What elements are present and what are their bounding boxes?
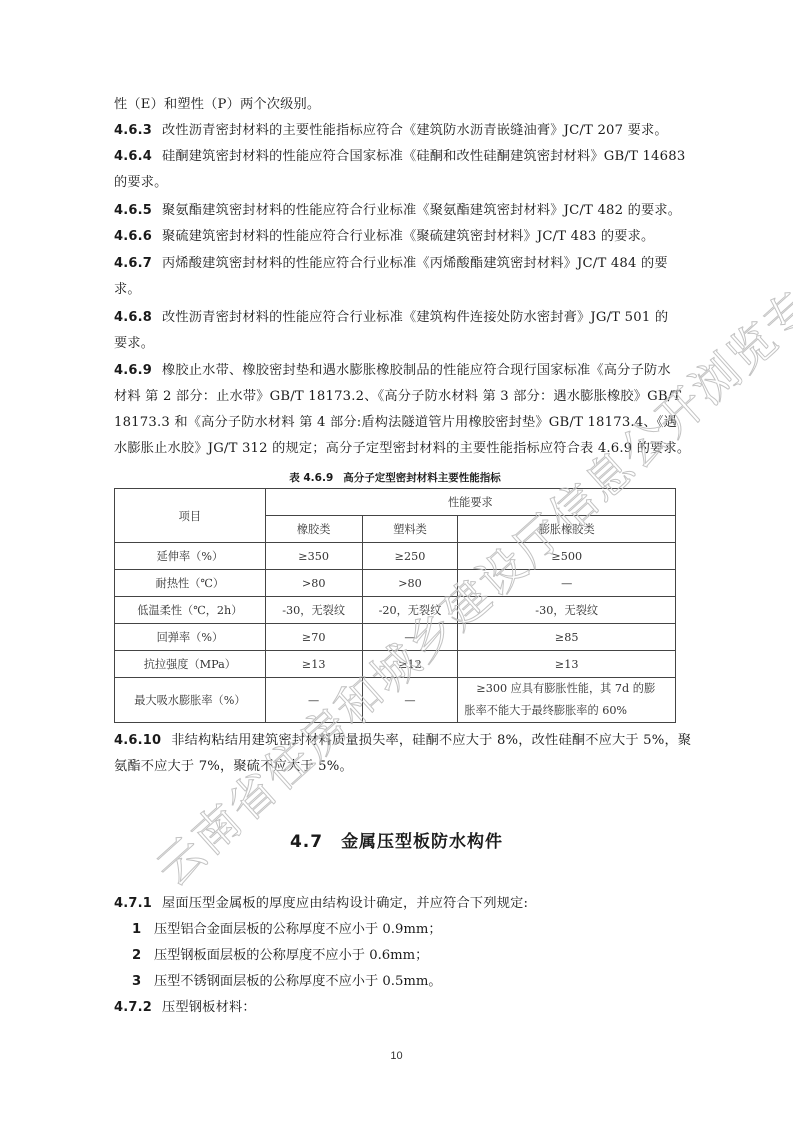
clause-text: 水膨胀止水胶》JG/T 312 的规定；高分子定型密封材料的主要性能指标应符合表… [114, 436, 694, 462]
clause-text: 求。 [114, 277, 694, 303]
list-item-text: 压型不锈钢面层板的公称厚度不应小于 0.5mm。 [154, 974, 442, 989]
cell: >80 [362, 570, 458, 597]
page-number: 10 [0, 1050, 793, 1062]
cell: ≥350 [265, 543, 362, 570]
clause-number: 4.7.2 [114, 1000, 152, 1015]
clause-4-6-5: 4.6.5聚氨酯建筑密封材料的性能应符合行业标准《聚氨酯建筑密封材料》JC/T … [114, 198, 694, 224]
clause-text: 丙烯酸建筑密封材料的性能应符合行业标准《丙烯酸酯建筑密封材料》JC/T 484 … [162, 256, 668, 271]
clause-4-6-6: 4.6.6聚硫建筑密封材料的性能应符合行业标准《聚硫建筑密封材料》JC/T 48… [114, 224, 694, 250]
clause-text: 要求。 [114, 331, 694, 357]
clause-text: 橡胶止水带、橡胶密封垫和遇水膨胀橡胶制品的性能应符合现行国家标准《高分子防水 [162, 363, 671, 378]
row-item: 回弹率（%） [115, 624, 266, 651]
table-title: 高分子定型密封材料主要性能指标 [343, 472, 501, 484]
cell: -30，无裂纹 [458, 597, 676, 624]
clause-text: 聚氨酯建筑密封材料的性能应符合行业标准《聚氨酯建筑密封材料》JC/T 482 的… [162, 203, 681, 218]
list-item: 3压型不锈钢面层板的公称厚度不应小于 0.5mm。 [132, 969, 442, 995]
cell: ≥13 [458, 651, 676, 678]
clause-number: 4.6.5 [114, 203, 152, 218]
table-number: 表 4.6.9 [289, 472, 333, 484]
table-header-row: 项目 性能要求 [115, 489, 676, 516]
clause-text: 压型钢板材料： [162, 1000, 256, 1015]
clause-number: 4.6.8 [114, 310, 152, 325]
clause-number: 4.6.7 [114, 256, 152, 271]
table-row: 耐热性（℃） >80 >80 — [115, 570, 676, 597]
table-row: 回弹率（%） ≥70 — ≥85 [115, 624, 676, 651]
clause-4-6-7: 4.6.7丙烯酸建筑密封材料的性能应符合行业标准《丙烯酸酯建筑密封材料》JC/T… [114, 251, 694, 303]
table-row: 低温柔性（℃，2h） -30，无裂纹 -20，无裂纹 -30，无裂纹 [115, 597, 676, 624]
clause-number: 4.6.9 [114, 363, 152, 378]
performance-table: 项目 性能要求 橡胶类 塑料类 膨胀橡胶类 延伸率（%） ≥350 ≥250 ≥… [114, 488, 676, 723]
table-row: 延伸率（%） ≥350 ≥250 ≥500 [115, 543, 676, 570]
list-item-text: 压型铝合金面层板的公称厚度不应小于 0.9mm； [154, 922, 442, 937]
cell: — [362, 678, 458, 723]
row-item: 低温柔性（℃，2h） [115, 597, 266, 624]
list-item-number: 3 [132, 969, 154, 995]
section-number: 4.7 [290, 832, 323, 852]
cell: ≥13 [265, 651, 362, 678]
clause-4-6-9: 4.6.9橡胶止水带、橡胶密封垫和遇水膨胀橡胶制品的性能应符合现行国家标准《高分… [114, 358, 694, 462]
cell: ≥250 [362, 543, 458, 570]
cell: — [362, 624, 458, 651]
clause-text: 材料 第 2 部分：止水带》GB/T 18173.2、《高分子防水材料 第 3 … [114, 384, 694, 410]
paragraph-continuation: 性（E）和塑性（P）两个次级别。 [114, 92, 694, 118]
clause-text: 聚硫建筑密封材料的性能应符合行业标准《聚硫建筑密封材料》JC/T 483 的要求… [162, 229, 654, 244]
clause-text: 改性沥青密封材料的主要性能指标应符合《建筑防水沥青嵌缝油膏》JC/T 207 要… [162, 123, 668, 138]
paragraph-line: 性（E）和塑性（P）两个次级别。 [114, 92, 694, 118]
list-item-number: 1 [132, 917, 154, 943]
row-item: 延伸率（%） [115, 543, 266, 570]
cell-multiline: ≥300 应具有膨胀性能，其 7d 的膨 胀率不能大于最终膨胀率的 60% [458, 678, 676, 723]
table-row: 抗拉强度（MPa） ≥13 ≥12 ≥13 [115, 651, 676, 678]
clause-number: 4.6.6 [114, 229, 152, 244]
clause-4-6-3: 4.6.3改性沥青密封材料的主要性能指标应符合《建筑防水沥青嵌缝油膏》JC/T … [114, 118, 694, 144]
cell: — [458, 570, 676, 597]
clause-text: 18173.3 和《高分子防水材料 第 4 部分:盾构法隧道管片用橡胶密封垫》G… [114, 410, 694, 436]
clause-4-7-2: 4.7.2压型钢板材料： [114, 995, 694, 1021]
cell: >80 [265, 570, 362, 597]
cell-line: 胀率不能大于最终膨胀率的 60% [464, 700, 669, 722]
cell: ≥12 [362, 651, 458, 678]
list-item-text: 压型钢板面层板的公称厚度不应小于 0.6mm； [154, 948, 428, 963]
clause-text: 屋面压型金属板的厚度应由结构设计确定，并应符合下列规定: [162, 896, 528, 911]
clause-text: 的要求。 [114, 170, 694, 196]
clause-number: 4.7.1 [114, 896, 152, 911]
cell: ≥70 [265, 624, 362, 651]
row-item: 耐热性（℃） [115, 570, 266, 597]
header-column: 塑料类 [362, 516, 458, 543]
cell: — [265, 678, 362, 723]
table-caption: 表 4.6.9高分子定型密封材料主要性能指标 [114, 470, 676, 486]
clause-text: 改性沥青密封材料的性能应符合行业标准《建筑构件连接处防水密封膏》JG/T 501… [162, 310, 668, 325]
row-item: 抗拉强度（MPa） [115, 651, 266, 678]
list-item: 2压型钢板面层板的公称厚度不应小于 0.6mm； [132, 943, 428, 969]
clause-4-7-1: 4.7.1屋面压型金属板的厚度应由结构设计确定，并应符合下列规定: [114, 891, 694, 917]
header-column: 橡胶类 [265, 516, 362, 543]
clause-number: 4.6.4 [114, 149, 152, 164]
clause-4-6-8: 4.6.8改性沥青密封材料的性能应符合行业标准《建筑构件连接处防水密封膏》JG/… [114, 305, 694, 357]
list-item-number: 2 [132, 943, 154, 969]
clause-number: 4.6.3 [114, 123, 152, 138]
row-item: 最大吸水膨胀率（%） [115, 678, 266, 723]
list-item: 1压型铝合金面层板的公称厚度不应小于 0.9mm； [132, 917, 442, 943]
section-title: 金属压型板防水构件 [341, 832, 503, 852]
cell: ≥85 [458, 624, 676, 651]
section-heading: 4.7金属压型板防水构件 [0, 827, 793, 852]
clause-text: 氨酯不应大于 7%，聚硫不应大于 5%。 [114, 754, 694, 780]
document-page: 性（E）和塑性（P）两个次级别。 4.6.3改性沥青密封材料的主要性能指标应符合… [0, 0, 793, 1122]
clause-4-6-10: 4.6.10非结构粘结用建筑密封材料质量损失率，硅酮不应大于 8%，改性硅酮不应… [114, 728, 694, 780]
table-row: 最大吸水膨胀率（%） — — ≥300 应具有膨胀性能，其 7d 的膨 胀率不能… [115, 678, 676, 723]
clause-text: 硅酮建筑密封材料的性能应符合国家标准《硅酮和改性硅酮建筑密封材料》GB/T 14… [162, 149, 685, 164]
header-column: 膨胀橡胶类 [458, 516, 676, 543]
clause-4-6-4: 4.6.4硅酮建筑密封材料的性能应符合国家标准《硅酮和改性硅酮建筑密封材料》GB… [114, 144, 694, 196]
clause-number: 4.6.10 [114, 733, 161, 748]
header-group: 性能要求 [265, 489, 675, 516]
clause-text: 非结构粘结用建筑密封材料质量损失率，硅酮不应大于 8%，改性硅酮不应大于 5%，… [171, 733, 691, 748]
cell: -30，无裂纹 [265, 597, 362, 624]
cell: ≥500 [458, 543, 676, 570]
cell-line: ≥300 应具有膨胀性能，其 7d 的膨 [464, 678, 669, 700]
cell: -20，无裂纹 [362, 597, 458, 624]
header-item: 项目 [115, 489, 266, 543]
